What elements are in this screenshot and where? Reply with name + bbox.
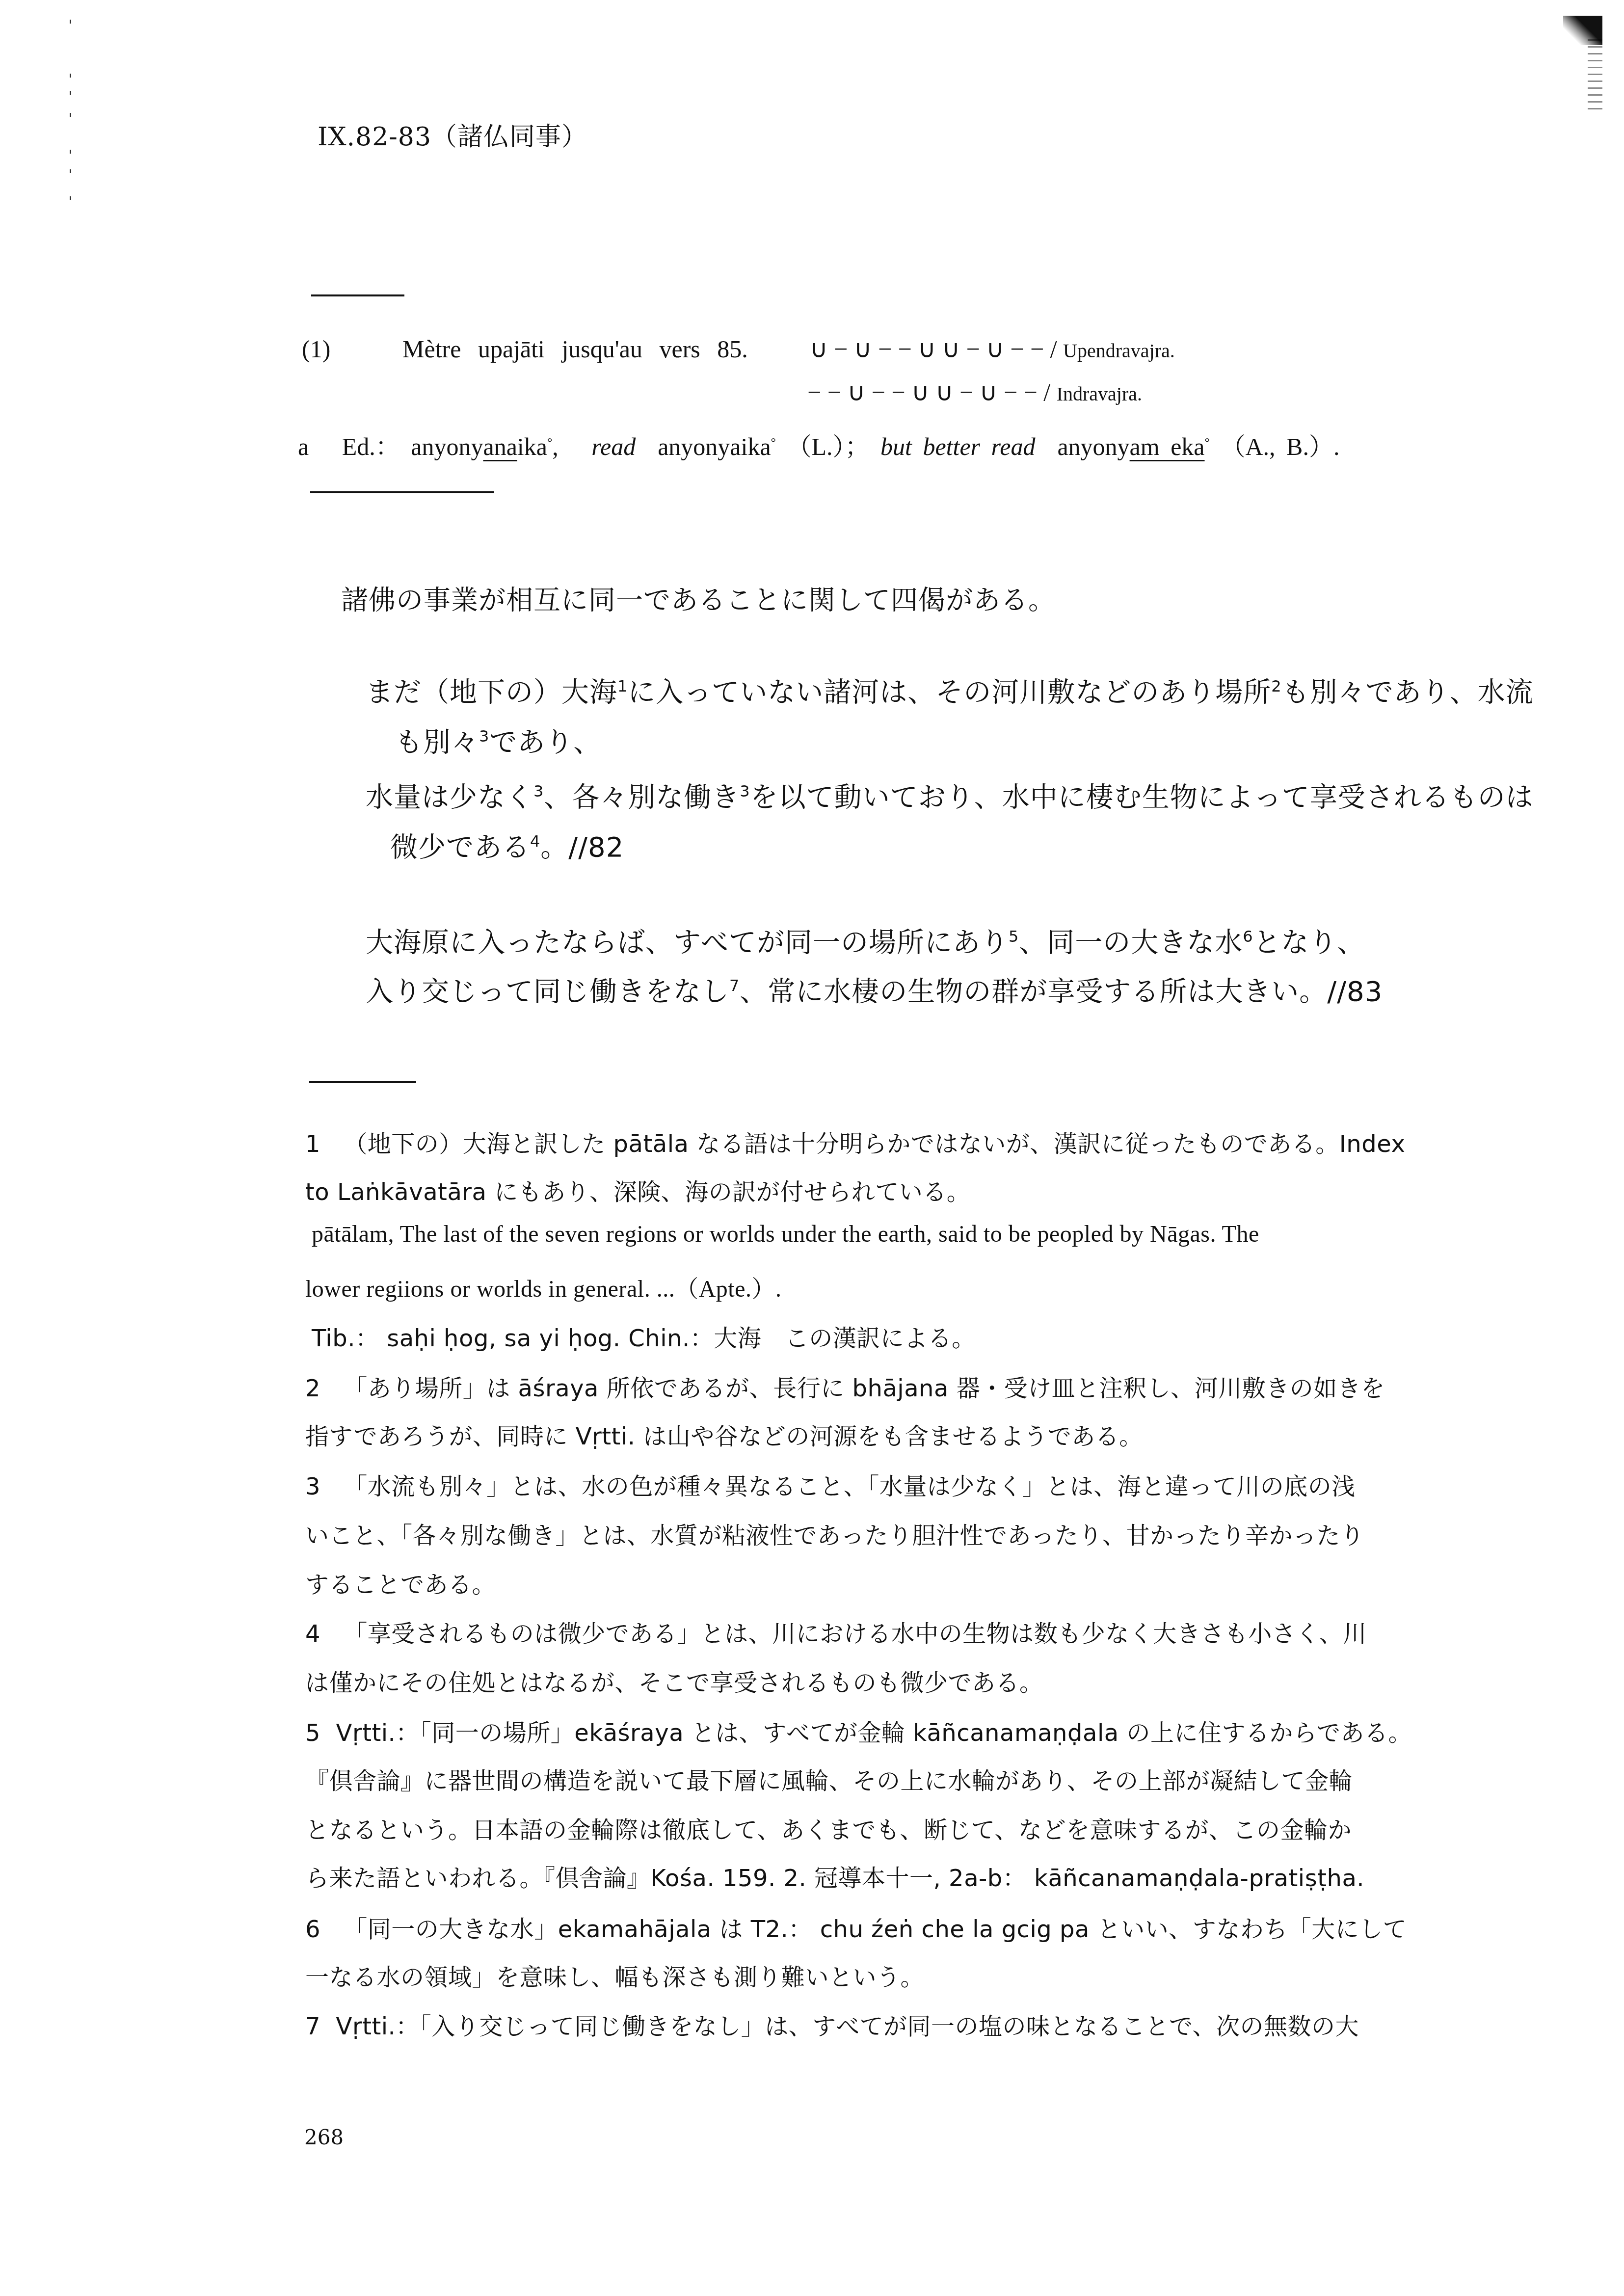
footnote-1-line-5: Tib.： saḥi ḥog, sa yi ḥog. Chin.：大海 この漢訳… (312, 1319, 976, 1353)
critical-note: a Ed.： anyonyanaika°, read anyonyaika° （… (298, 427, 1339, 462)
footnote-3-line-2: いこと、「各々別な働き」とは、水質が粘液性であったり胆汁性であったり、甘かったり… (305, 1517, 1364, 1550)
critical-marker: a (298, 433, 309, 460)
page-number: 268 (304, 2125, 344, 2149)
intro-text: 諸佛の事業が相互に同一であることに関して四偈がある。 (341, 578, 1056, 617)
read-value: anyonyaika° (658, 433, 776, 460)
note-divider (310, 491, 494, 493)
margin-mark (70, 196, 71, 200)
footnote-5-line-4: ら来た語といわれる。『倶舎論』Kośa. 159. 2. 冠導本十一, 2a-b… (305, 1859, 1364, 1893)
source-l: （L.）； (787, 433, 870, 460)
verse-82-line-2: も別々3であり、 (395, 721, 601, 760)
scan-edge-artifact (1588, 39, 1602, 113)
footnote-4-line-1: 4 「享受されるものは微少である」とは、川における水中の生物は数も少なく大きさも… (305, 1615, 1367, 1649)
meter-label: Upendravajra. (1063, 340, 1175, 362)
running-title: IX.82-83（諸仏同事） (318, 116, 587, 153)
footnote-1-line-1: 1 （地下の）大海と訳した pātāla なる語は十分明らかではないが、漢訳に従… (305, 1125, 1405, 1159)
meter-pattern: − − ∪ − − ∪ ∪ − ∪ − − / (807, 378, 1050, 406)
verse-83-line-1: 大海原に入ったならば、すべてが同一の場所にあり5、同一の大きな水6となり、 (366, 921, 1365, 960)
margin-mark (70, 169, 71, 173)
verse-83-line-2: 入り交じって同じ働きをなし7、常に水棲の生物の群が享受する所は大きい。//83 (366, 970, 1383, 1009)
verse-82-line-1: まだ（地下の）大海1に入っていない諸河は、その河川敷などのあり場所2も別々であり… (366, 670, 1534, 710)
footnote-5-line-1: 5 Vṛtti.：「同一の場所」ekāśraya とは、すべてが金輪 kāñca… (305, 1714, 1412, 1748)
footnote-1-line-3: pātālam, The last of the seven regions o… (312, 1221, 1259, 1248)
footnote-5-line-2: 『倶舎論』に器世間の構造を説いて最下層に風輪、その上に水輪があり、その上部が凝結… (305, 1762, 1353, 1796)
margin-mark (70, 74, 71, 78)
meter-line-upendravajra: ∪ − ∪ − − ∪ ∪ − ∪ − − / Upendravajra. (810, 335, 1175, 363)
meter-line-indravajra: − − ∪ − − ∪ ∪ − ∪ − − / Indravajra. (807, 378, 1142, 406)
note-divider (311, 294, 404, 296)
footnote-3-line-3: することである。 (305, 1566, 496, 1600)
meter-pattern: ∪ − ∪ − − ∪ ∪ − ∪ − − / (810, 335, 1057, 363)
better-reading: anyonyam eka° (1057, 433, 1210, 460)
verse-82-line-4: 微少である4。//82 (390, 826, 624, 865)
footnote-4-line-2: は僅かにその住処とはなるが、そこで享受されるものも微少である。 (305, 1664, 1043, 1698)
meter-note-marker: (1) (302, 335, 330, 363)
margin-mark (70, 150, 71, 154)
verse-82-line-3: 水量は少なく3、各々別な働き3を以て動いており、水中に棲む生物によって享受される… (366, 775, 1534, 815)
meter-label: Indravajra. (1057, 383, 1142, 405)
footnote-3-line-1: 3 「水流も別々」とは、水の色が種々異なること、「水量は少なく」とは、海と違って… (305, 1468, 1356, 1501)
better-read-label: but better read (880, 433, 1035, 460)
footnote-2-line-2: 指すであろうが、同時に Vṛtti. は山や谷などの河源をも含ませるようである。 (305, 1417, 1143, 1451)
footnote-1-line-4: lower regiions or worlds in general. ...… (305, 1270, 781, 1304)
footnote-divider (309, 1081, 416, 1083)
footnote-2-line-1: 2 「あり場所」は āśraya 所依であるが、長行に bhājana 器・受け… (305, 1369, 1385, 1403)
meter-note-text: Mètre upajāti jusqu'au vers 85. (402, 335, 748, 363)
footnote-5-line-3: となるという。日本語の金輪際は徹底して、あくまでも、断じて、などを意味するが、こ… (305, 1811, 1352, 1845)
margin-mark (70, 20, 71, 24)
margin-mark (70, 91, 71, 95)
ed-label: Ed.： (342, 433, 400, 460)
margin-mark (70, 113, 71, 117)
footnote-6-line-2: 一なる水の領域」を意味し、幅も深さも測り難いという。 (305, 1958, 924, 1992)
footnote-7-line-1: 7 Vṛtti.：「入り交じって同じ働きをなし」は、すべてが同一の塩の味となるこ… (305, 2007, 1359, 2041)
ed-reading: anyonyanaika° (411, 433, 552, 460)
footnote-6-line-1: 6 「同一の大きな水」ekamahājala は T2.： chu źeṅ ch… (305, 1910, 1407, 1944)
footnote-1-line-2: to Laṅkāvatāra にもあり、深険、海の訳が付せられている。 (305, 1173, 970, 1207)
source-ab: （A., B.）. (1221, 433, 1339, 460)
read-label: read (591, 433, 636, 460)
